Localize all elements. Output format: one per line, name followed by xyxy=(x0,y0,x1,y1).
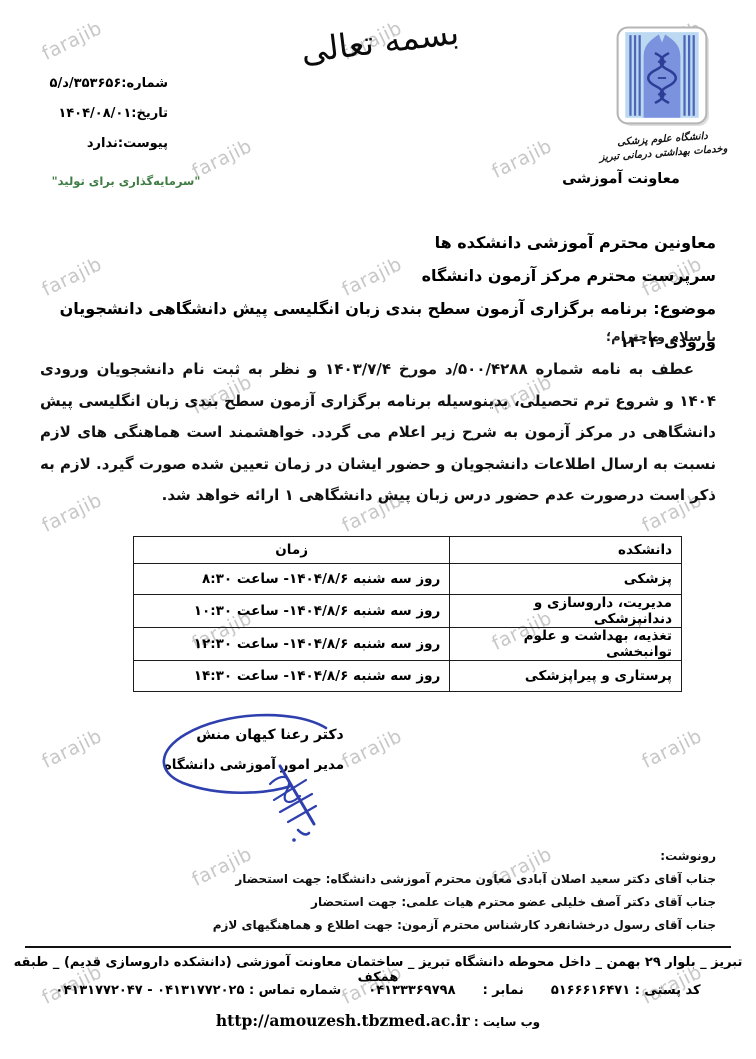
footer-address: تبریز _ بلوار ۲۹ بهمن _ داخل محوطه دانشگ… xyxy=(0,955,756,985)
bismillah-calligraphy: بسمه تعالی xyxy=(285,1,475,83)
university-name-calligraphy: دانشگاه علوم پزشکی وخدمات بهداشتی درمانی… xyxy=(587,128,739,165)
watermark-text: farajib xyxy=(638,725,705,773)
cc-item: جناب آقای رسول درخشانفرد کارشناس محترم آ… xyxy=(40,914,716,937)
faculty-cell: مدیریت، داروسازی و دندانپزشکی xyxy=(450,595,682,628)
time-column-header: زمان xyxy=(134,537,450,564)
time-cell: روز سه شنبه ۱۴۰۴/۸/۶- ساعت ۱۰:۳۰ xyxy=(134,595,450,628)
time-cell: روز سه شنبه ۱۴۰۴/۸/۶- ساعت ۱۲:۳۰ xyxy=(134,628,450,661)
faculty-cell: پرستاری و پیراپزشکی xyxy=(450,661,682,692)
phone-value: ۰۴۱۳۱۷۷۲۰۲۵ - ۰۴۱۳۱۷۷۲۰۴۷ xyxy=(55,983,244,998)
subject-line: موضوع: برنامه برگزاری آزمون سطح بندی زبا… xyxy=(40,292,716,358)
postal-code-value: ۵۱۶۶۶۱۶۴۷۱ xyxy=(551,983,630,998)
website-label: وب سایت : xyxy=(474,1015,540,1029)
fax-value: ۰۴۱۳۳۳۶۹۷۹۸ xyxy=(368,983,455,998)
footer-divider xyxy=(25,946,731,948)
salutation: با سلام و احترام؛ xyxy=(606,330,716,345)
letter-number-value: ۳۵۳۶۵۶/د/۵ xyxy=(50,76,122,91)
table-row: تغذیه، بهداشت و علوم توانبخشی روز سه شنب… xyxy=(134,628,682,661)
letter-body: عطف به نامه شماره ۵۰۰/۴۲۸۸/د مورخ ۱۴۰۳/۷… xyxy=(40,354,716,512)
letter-date-value: ۱۴۰۴/۰۸/۰۱ xyxy=(58,106,131,121)
letter-date-label: تاریخ: xyxy=(131,106,168,121)
letterhead-logo-block: دانشگاه علوم پزشکی وخدمات بهداشتی درمانی… xyxy=(588,26,738,160)
table-header-row: دانشکده زمان xyxy=(134,537,682,564)
table-row: مدیریت، داروسازی و دندانپزشکی روز سه شنب… xyxy=(134,595,682,628)
department-title: معاونت آموزشی xyxy=(558,171,684,187)
recipient-line-2: سرپرست محترم مرکز آزمون دانشگاه xyxy=(40,259,716,292)
table-row: پزشکی روز سه شنبه ۱۴۰۴/۸/۶- ساعت ۸:۳۰ xyxy=(134,564,682,595)
letter-date: تاریخ:۱۴۰۴/۰۸/۰۱ xyxy=(26,106,168,121)
table-row: پرستاری و پیراپزشکی روز سه شنبه ۱۴۰۴/۸/۶… xyxy=(134,661,682,692)
letter-number: شماره:۳۵۳۶۵۶/د/۵ xyxy=(26,76,168,91)
cc-block: رونوشت: جناب آقای دکتر سعید اصلان آبادی … xyxy=(40,845,716,937)
fax-label: نمابر : xyxy=(483,983,524,998)
cc-item: جناب آقای دکتر سعید اصلان آبادی معاون مح… xyxy=(40,868,716,891)
footer-contacts: کد پستی : ۵۱۶۶۶۱۶۴۷۱ نمابر : ۰۴۱۳۳۳۶۹۷۹۸… xyxy=(0,983,756,998)
letter-page: farajibfarajibfarajibfarajibfarajibfaraj… xyxy=(0,0,756,1059)
faculty-cell: پزشکی xyxy=(450,564,682,595)
time-cell: روز سه شنبه ۱۴۰۴/۸/۶- ساعت ۸:۳۰ xyxy=(134,564,450,595)
watermark-text: farajib xyxy=(38,17,105,65)
signature-ink xyxy=(128,700,380,850)
letter-attachment: پیوست:ندارد xyxy=(26,136,168,151)
footer-website: وب سایت : http://amouzesh.tbzmed.ac.ir xyxy=(0,1011,756,1030)
website-url: http://amouzesh.tbzmed.ac.ir xyxy=(216,1011,470,1030)
postal-code-label: کد پستی : xyxy=(635,983,701,998)
time-cell: روز سه شنبه ۱۴۰۴/۸/۶- ساعت ۱۴:۳۰ xyxy=(134,661,450,692)
schedule-table: دانشکده زمان پزشکی روز سه شنبه ۱۴۰۴/۸/۶-… xyxy=(133,536,682,692)
phone-label: شماره تماس : xyxy=(249,983,341,998)
letter-attachment-label: پیوست: xyxy=(118,136,168,151)
year-slogan: "سرمایه‌گذاری برای تولید" xyxy=(44,174,208,188)
faculty-column-header: دانشکده xyxy=(450,537,682,564)
recipient-line-1: معاونین محترم آموزشی دانشکده ها xyxy=(40,226,716,259)
faculty-cell: تغذیه، بهداشت و علوم توانبخشی xyxy=(450,628,682,661)
letter-attachment-value: ندارد xyxy=(87,136,118,151)
watermark-text: farajib xyxy=(488,135,555,183)
letter-number-label: شماره: xyxy=(121,76,168,91)
watermark-text: farajib xyxy=(38,725,105,773)
cc-item: جناب آقای دکتر آصف خلیلی عضو محترم هیات … xyxy=(40,891,716,914)
letter-meta-block: شماره:۳۵۳۶۵۶/د/۵ تاریخ:۱۴۰۴/۰۸/۰۱ پیوست:… xyxy=(26,76,168,166)
university-logo-icon xyxy=(616,26,710,128)
